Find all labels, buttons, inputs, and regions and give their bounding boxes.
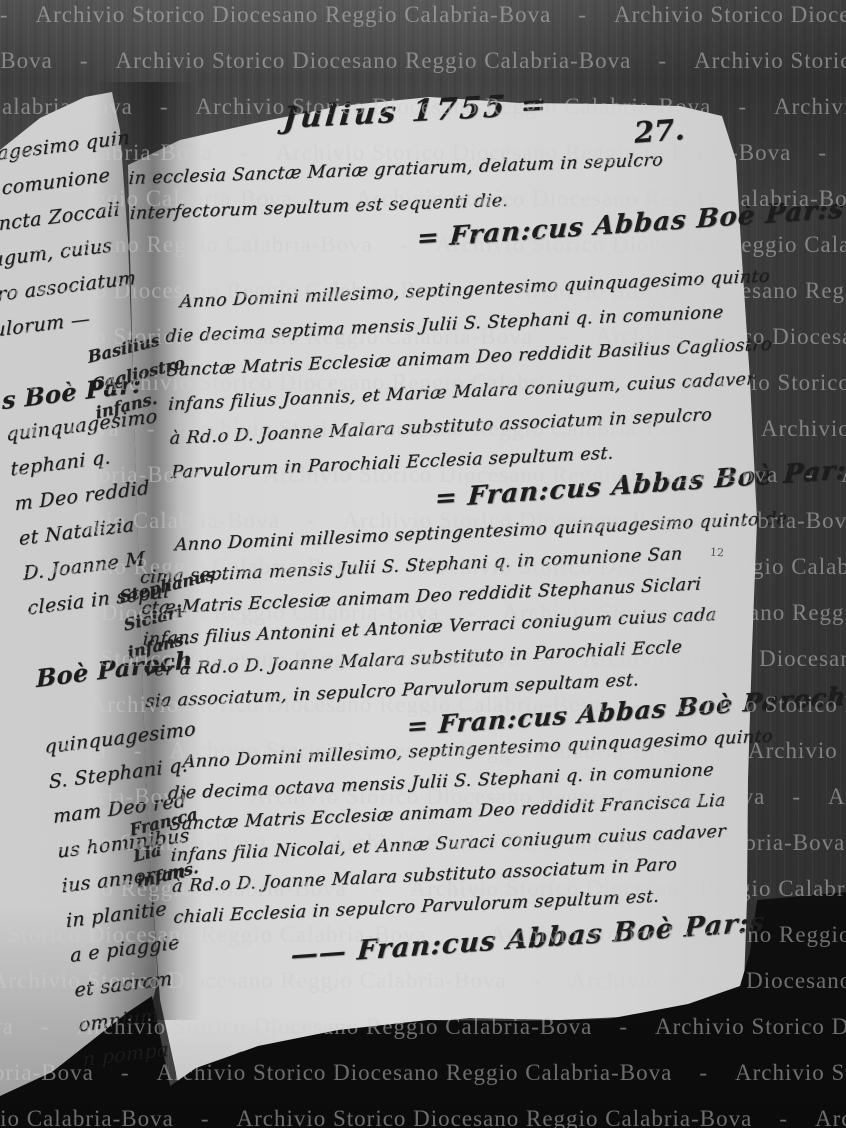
burial-entry: Anno Domini millesimo septingentesimo qu… bbox=[138, 504, 794, 718]
archive-photograph: { "watermark": { "text": "Archivio Stori… bbox=[0, 0, 846, 1128]
manuscript-layer: Julius 1755 = 27. in ecclesia Sanctæ Mar… bbox=[0, 0, 846, 1128]
burial-entry: Anno Domini millesimo, septingentesimo q… bbox=[166, 722, 780, 934]
page-header-month-year: Julius 1755 = bbox=[282, 87, 551, 136]
fore-edge-mark: 12 bbox=[710, 546, 725, 560]
burial-entry: Anno Domini millesimo, septingentesimo q… bbox=[163, 260, 778, 490]
